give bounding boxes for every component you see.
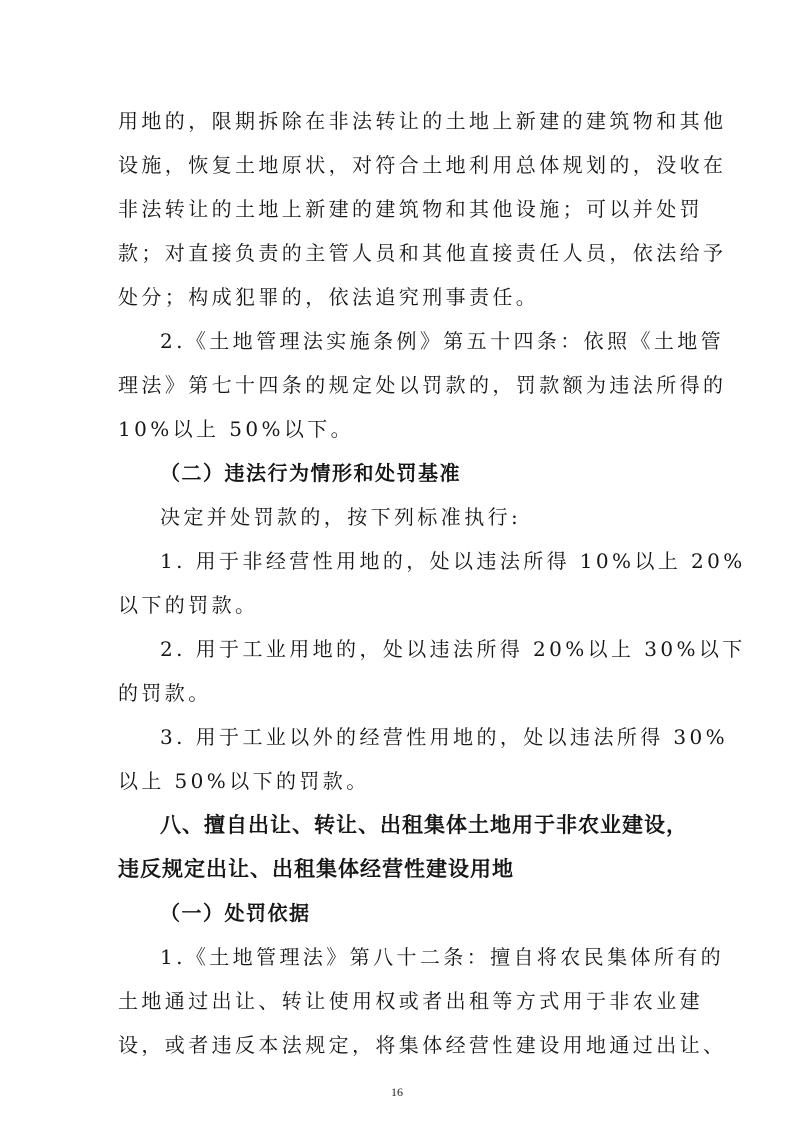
list-item-2: 2. 用于工业用地的，处以违法所得 20%以上 30%以下 xyxy=(160,635,678,663)
body-text-line: 的罚款。 xyxy=(118,679,678,707)
body-text-line: 决定并处罚款的，按下列标准执行: xyxy=(160,503,678,531)
document-page: 用地的，限期拆除在非法转让的土地上新建的建筑物和其他 设施，恢复土地原状，对符合… xyxy=(0,0,794,1122)
subsection-heading-penalty-basis: （一）处罚依据 xyxy=(160,899,678,927)
body-text-line: 设施，恢复土地原状，对符合土地利用总体规划的，没收在 xyxy=(118,151,678,179)
body-text-line: 理法》第七十四条的规定处以罚款的，罚款额为违法所得的 xyxy=(118,371,678,399)
body-text-line: 以下的罚款。 xyxy=(118,591,678,619)
body-text-line: 用地的，限期拆除在非法转让的土地上新建的建筑物和其他 xyxy=(118,107,678,135)
body-text-line: 以上 50%以下的罚款。 xyxy=(118,767,678,795)
body-text-line: 款；对直接负责的主管人员和其他直接责任人员，依法给予 xyxy=(118,239,678,267)
list-item-1: 1. 用于非经营性用地的，处以违法所得 10%以上 20% xyxy=(160,547,678,575)
body-text-line: 非法转让的土地上新建的建筑物和其他设施；可以并处罚 xyxy=(118,195,678,223)
body-text-line: 土地通过出让、转让使用权或者出租等方式用于非农业建 xyxy=(118,987,678,1015)
regulation-citation: 2.《土地管理法实施条例》第五十四条：依照《土地管 xyxy=(160,327,678,355)
section-heading-eight-cont: 违反规定出让、出租集体经营性建设用地 xyxy=(118,855,678,883)
body-text-line: 设，或者违反本法规定，将集体经营性建设用地通过出让、 xyxy=(118,1031,678,1059)
regulation-citation: 1.《土地管理法》第八十二条：擅自将农民集体所有的 xyxy=(160,943,678,971)
list-item-3: 3. 用于工业以外的经营性用地的，处以违法所得 30% xyxy=(160,723,678,751)
page-number: 16 xyxy=(0,1085,794,1100)
section-heading-eight: 八、擅自出让、转让、出租集体土地用于非农业建设， xyxy=(160,811,678,839)
subsection-heading-violation-standards: （二）违法行为情形和处罚基准 xyxy=(160,459,678,487)
body-text-line: 10%以上 50%以下。 xyxy=(118,415,678,443)
body-text-line: 处分；构成犯罪的，依法追究刑事责任。 xyxy=(118,283,678,311)
